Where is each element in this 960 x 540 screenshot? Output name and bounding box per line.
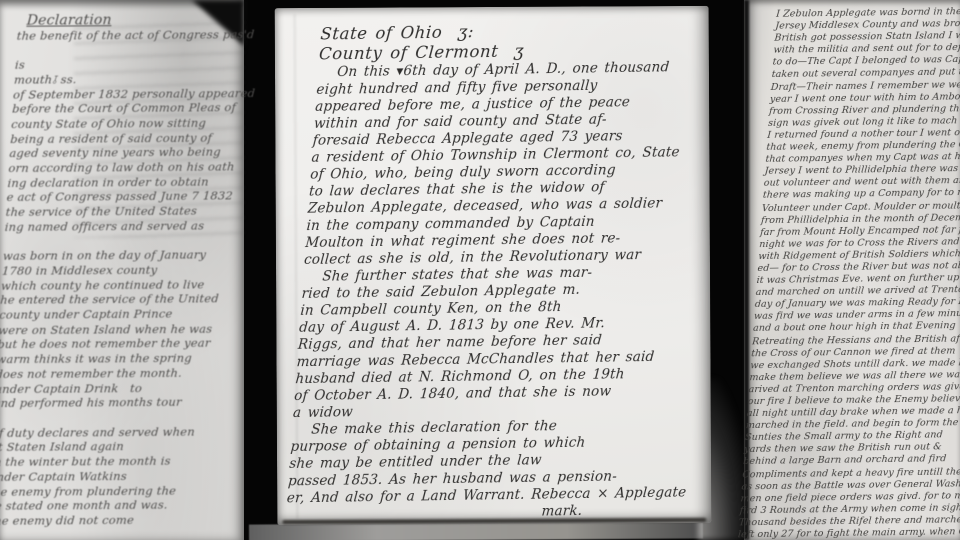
document-page-left: Declarationthe benefit of the act of Con… — [0, 0, 244, 540]
handwriting-block-center: State of Ohio ʒ:County of Clermont ʒ On … — [285, 19, 725, 525]
handwriting-block-right: I Zebulon Applegate was bornd in the yea… — [737, 5, 960, 540]
document-page-center: State of Ohio ʒ:County of Clermont ʒ On … — [275, 6, 712, 525]
handwritten-line: The enemy did not come — [0, 512, 257, 529]
document-page-right: I Zebulon Applegate was bornd in the yea… — [744, 0, 960, 540]
handwriting-block-left: Declarationthe benefit of the act of Con… — [0, 12, 288, 529]
document-scan-viewer: Declarationthe benefit of the act of Con… — [0, 0, 960, 540]
handwritten-line: the benefit of the act of Congress pas'd — [16, 27, 287, 44]
handwritten-line: of September 1832 personally appeared — [13, 85, 284, 102]
